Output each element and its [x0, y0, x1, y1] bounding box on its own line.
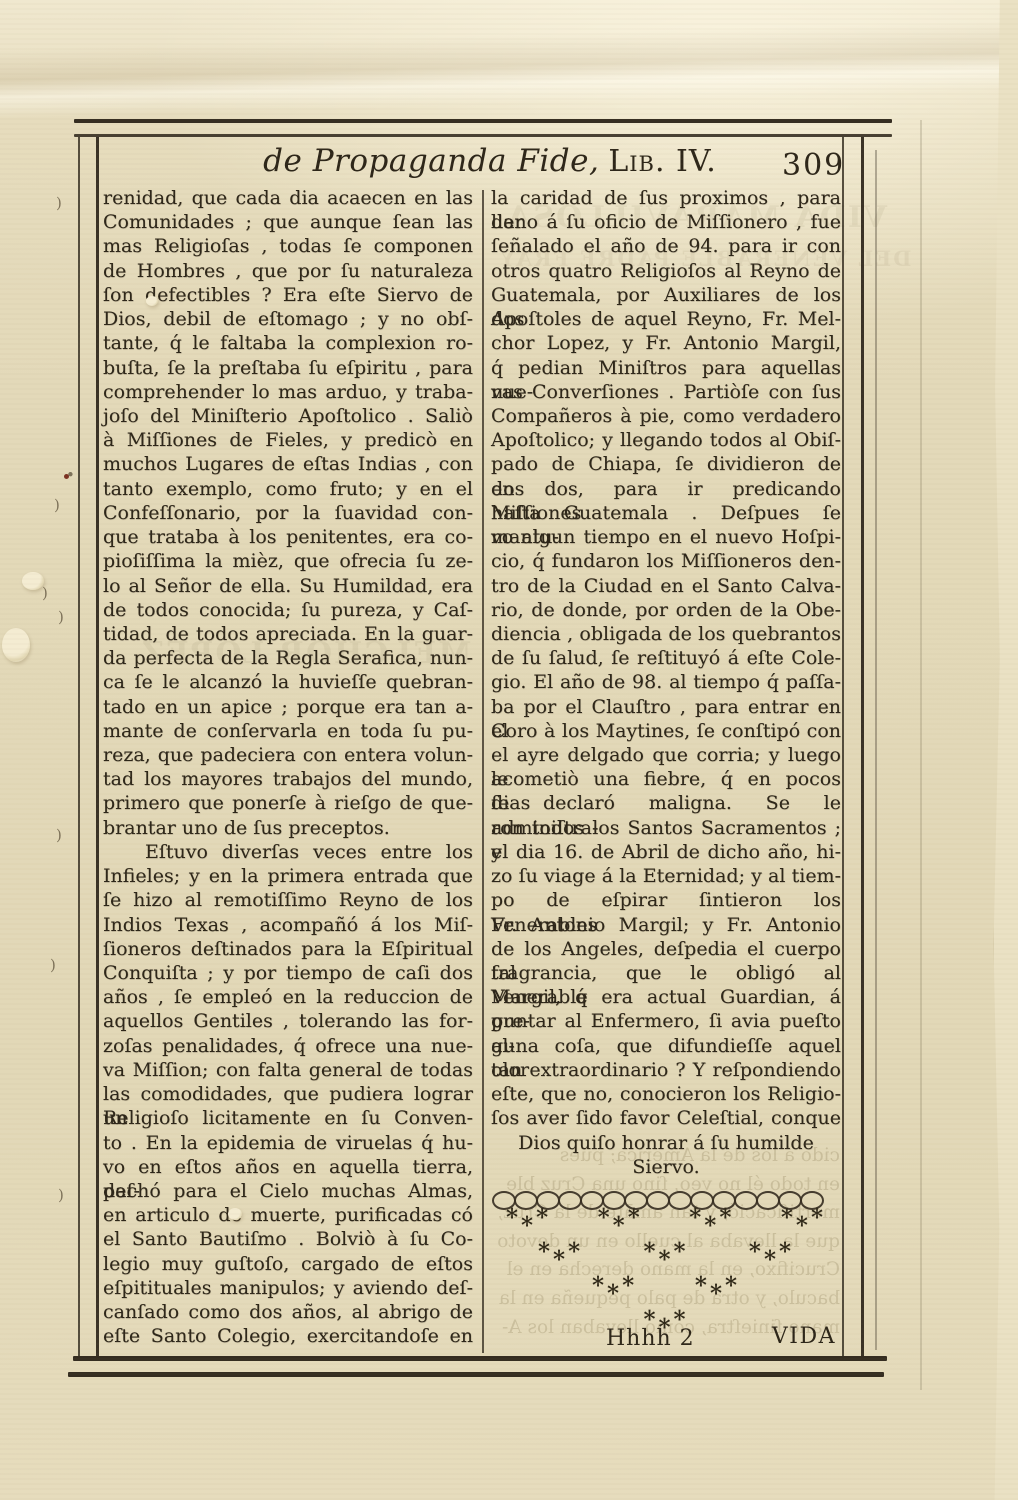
running-title-book: Lib. IV. [608, 144, 717, 179]
text-line: vo algun tiempo en el nuevo Hoſpi- [491, 525, 841, 549]
asterisk-cluster: *** [695, 1276, 740, 1296]
text-line: Fr. Antonio Margil; y Fr. Antonio [491, 913, 841, 937]
text-line: da perfecta de la Regla Serafica, nun- [103, 646, 473, 670]
text-line: fragrancia, que le obligó al Venerable [491, 961, 841, 985]
text-line: el Santo Bautiſmo . Bolviò à ſu Co- [103, 1227, 473, 1251]
text-line: vas Converſiones . Partiòſe con ſus [491, 380, 841, 404]
asterisk-cluster: *** [506, 1208, 551, 1228]
text-line: otros quatro Religioſos al Reyno de [491, 259, 841, 283]
text-line: renidad, que cada dia acaecen en las [103, 186, 473, 210]
text-line: Confeſſonario, por la ſuavidad con- [103, 501, 473, 525]
text-line: tanto exemplo, como fruto; y en el [103, 477, 473, 501]
text-line: Dios quiſo honrar á ſu humilde [491, 1131, 841, 1155]
asterisk-cluster: *** [643, 1242, 688, 1262]
text-column-left: renidad, que cada dia acaecen en lasComu… [103, 186, 473, 1349]
text-line: acometiò una fiebre, q́ en pocos dias [491, 767, 841, 791]
text-line: ſe hizo al remotiſſimo Reyno de los [103, 888, 473, 912]
text-line: de Hombres , que por ſu naturaleza [103, 259, 473, 283]
text-line: tante, q́ le faltaba la complexion ro- [103, 331, 473, 355]
text-line: que trataba à los penitentes, era co- [103, 525, 473, 549]
ink-speck [64, 474, 69, 479]
text-line: va Miſſion; con falta general de todas [103, 1058, 473, 1082]
asterisk-cluster: *** [538, 1242, 583, 1262]
text-line: ron todos los Santos Sacramentos ; y [491, 816, 841, 840]
text-line: Conquiſta ; y por tiempo de caſi dos [103, 961, 473, 985]
text-line: Comunidades ; que aunque ſean las [103, 210, 473, 234]
bottom-rule-inner [73, 1356, 887, 1361]
text-line: Dios, debil de eſtomago ; y no obſ- [103, 307, 473, 331]
text-line: ſeñalado el año de 94. para ir con [491, 234, 841, 258]
text-line: mante de conſervarla en toda ſu pu- [103, 719, 473, 743]
text-line: Apoſtoles de aquel Reyno, Fr. Mel- [491, 307, 841, 331]
text-line: eſte, que no, conocieron los Religio- [491, 1082, 841, 1106]
text-line: ſe declaró maligna. Se le adminiſtra- [491, 791, 841, 815]
margin-mark: ) [56, 194, 62, 212]
text-line: eſpitituales manipulos; y aviendo deſ- [103, 1276, 473, 1300]
text-line: Coro à los Maytines, ſe conſtipó con [491, 719, 841, 743]
column-divider-rule [482, 190, 484, 1353]
signature-mark: Hhhh 2 [606, 1326, 695, 1351]
text-line: eſte Santo Colegio, exercitandoſe en [103, 1324, 473, 1348]
page-number: 309 [782, 148, 845, 183]
asterisk-cluster: *** [592, 1276, 637, 1296]
text-line: guntar al Enfermero, ſi avia pueſto al- [491, 1009, 841, 1033]
text-line: el dia 16. de Abril de dicho año, hi- [491, 840, 841, 864]
text-line: lo al Señor de ella. Su Humildad, era [103, 574, 473, 598]
text-line: primero que ponerſe à rieſgo de que- [103, 791, 473, 815]
margin-mark: ) [42, 584, 48, 602]
text-line: mas Religioſas , todas ſe componen [103, 234, 473, 258]
text-line: Compañeros à pie, como verdadero [491, 404, 841, 428]
text-line: Religioſo licitamente en ſu Conven- [103, 1106, 473, 1130]
frame-right-outer [861, 137, 864, 1359]
text-line: en dos, para ir predicando Miſſiones [491, 477, 841, 501]
margin-mark: ) [50, 956, 56, 974]
text-line: tado en un apice ; porque era tan a- [103, 695, 473, 719]
margin-mark: ) [56, 826, 62, 844]
text-line: la caridad de ſus proximos , para dar [491, 186, 841, 210]
text-line: vo en eſtos años en aquella tierra, deſ- [103, 1155, 473, 1179]
text-line: rio, de donde, por orden de la Obe- [491, 598, 841, 622]
text-line: ſos aver ſido favor Celeſtial, conque [491, 1106, 841, 1130]
text-line: Guatemala, por Auxiliares de los dos [491, 283, 841, 307]
text-line: legio muy guſtoſo, cargado de eſtos [103, 1252, 473, 1276]
text-line: años , ſe empleó en la reduccion de [103, 985, 473, 1009]
paper-blob [22, 572, 44, 590]
running-title-italic: de Propaganda Fide, [263, 143, 599, 179]
text-line: Indios Texas , acompañó á los Miſ- [103, 913, 473, 937]
text-line: q́ pedian Miniſtros para aquellas nue- [491, 356, 841, 380]
text-line: po de eſpirar ſintieron los Venerables [491, 888, 841, 912]
text-line: pachó para el Cielo muchas Almas, [103, 1179, 473, 1203]
text-line: ſon defectibles ? Era eſte Siervo de [103, 283, 473, 307]
text-line: zoſas penalidades, q́ ofrece una nue- [103, 1034, 473, 1058]
text-line: de ſu ſalud, ſe reſtituyó á eſte Cole- [491, 646, 841, 670]
frame-left-outer [78, 137, 80, 1359]
text-line: en articulo de muerte, purificadas có [103, 1203, 473, 1227]
text-line: Infieles; y en la primera entrada que [103, 864, 473, 888]
text-line: tro de la Ciudad en el Santo Calva- [491, 574, 841, 598]
margin-mark: ) [58, 1186, 64, 1204]
text-line: de todos conocida; ſu pureza, y Caſ- [103, 598, 473, 622]
text-line: ba por el Clauſtro , para entrar en el [491, 695, 841, 719]
text-line: buſta, ſe la preſtaba ſu eſpiritu , para [103, 356, 473, 380]
text-line: diencia , obligada de los quebrantos [491, 622, 841, 646]
text-line: reza, que padeciera con entera volun- [103, 743, 473, 767]
text-line: ſioneros deſtinados para la Eſpiritual [103, 937, 473, 961]
text-line: gio. El año de 98. al tiempo q́ paſſa- [491, 670, 841, 694]
ornament-asterisk-row: ********* [490, 1242, 842, 1276]
text-line: aquellos Gentiles , tolerando las for- [103, 1009, 473, 1033]
text-line: Eſtuvo diverſas veces entre los [103, 840, 473, 864]
asterisk-cluster: *** [749, 1242, 794, 1262]
text-line: lleno á ſu oficio de Miſſionero , fue [491, 210, 841, 234]
bottom-rule-outer [68, 1372, 884, 1377]
text-line: haſta Guatemala . Deſpues ſe mantu- [491, 501, 841, 525]
text-line: Siervo. [491, 1155, 841, 1179]
scanned-book-page: VIDA MARAVILLOSADEL VENERABLE PADRE FRAY… [0, 0, 1018, 1500]
text-line: tan extraordinario ? Y reſpondiendo [491, 1058, 841, 1082]
running-title: de Propaganda Fide,Lib. IV. [240, 143, 740, 179]
margin-mark: ) [54, 496, 60, 514]
catchword: VIDA [770, 1324, 836, 1349]
text-line: muchos Lugares de eſtas Indias , con [103, 452, 473, 476]
page-edge-shadow [920, 120, 922, 1390]
frame-right-edge-line [875, 150, 877, 1350]
text-line: tidad, de todos apreciada. En la guar- [103, 622, 473, 646]
text-line: las comodidades, que pudiera lograr un [103, 1082, 473, 1106]
text-line: to . En la epidemia de viruelas q́ hu- [103, 1131, 473, 1155]
torn-paper-edge [992, 0, 1018, 1500]
text-line: à Miſſiones de Fieles, y predicò en [103, 428, 473, 452]
text-line: cio, q́ fundaron los Miſſioneros den- [491, 549, 841, 573]
text-column-right: la caridad de ſus proximos , para darlle… [491, 186, 841, 1179]
text-line: ca ſe le alcanzó la huvieſſe quebran- [103, 670, 473, 694]
margin-mark: ) [58, 608, 64, 626]
top-rule-outer [74, 119, 892, 123]
text-line: chor Lopez, y Fr. Antonio Margil, [491, 331, 841, 355]
text-line: tad los mayores trabajos del mundo, [103, 767, 473, 791]
asterisk-cluster: *** [689, 1208, 734, 1228]
frame-right-inner [842, 137, 844, 1359]
paper-blob [2, 628, 30, 662]
text-line: guna coſa, que difundieſſe aquel olor [491, 1034, 841, 1058]
asterisk-cluster: *** [781, 1208, 826, 1228]
paper-fold-crease [0, 19, 1018, 120]
ornament-asterisk-row: ****** [490, 1276, 842, 1310]
top-rule-inner [74, 134, 892, 137]
text-line: pioſiſſima la mièz, que ofrecia ſu ze- [103, 549, 473, 573]
text-line: Apoſtolico; y llegando todos al Obiſ- [491, 428, 841, 452]
ornament-asterisk-row: ************ [490, 1208, 842, 1242]
text-line: de los Angeles, deſpedia el cuerpo tal [491, 937, 841, 961]
paper-blob [146, 296, 158, 306]
text-line: joſo del Miniſterio Apoſtolico . Saliò [103, 404, 473, 428]
text-line: comprehender lo mas arduo, y traba- [103, 380, 473, 404]
text-line: brantar uno de ſus preceptos. [103, 816, 473, 840]
asterisk-cluster: *** [598, 1208, 643, 1228]
frame-left-inner [96, 137, 99, 1359]
text-line: canſado como dos años, al abrigo de [103, 1300, 473, 1324]
text-line: zo ſu viage á la Eternidad; y al tiem- [491, 864, 841, 888]
paper-blob [228, 1208, 242, 1220]
text-line: el ayre delgado que corria; y luego le [491, 743, 841, 767]
text-line: pado de Chiapa, ſe dividieron de dos [491, 452, 841, 476]
text-line: Margil, q́ era actual Guardian, á pre- [491, 985, 841, 1009]
